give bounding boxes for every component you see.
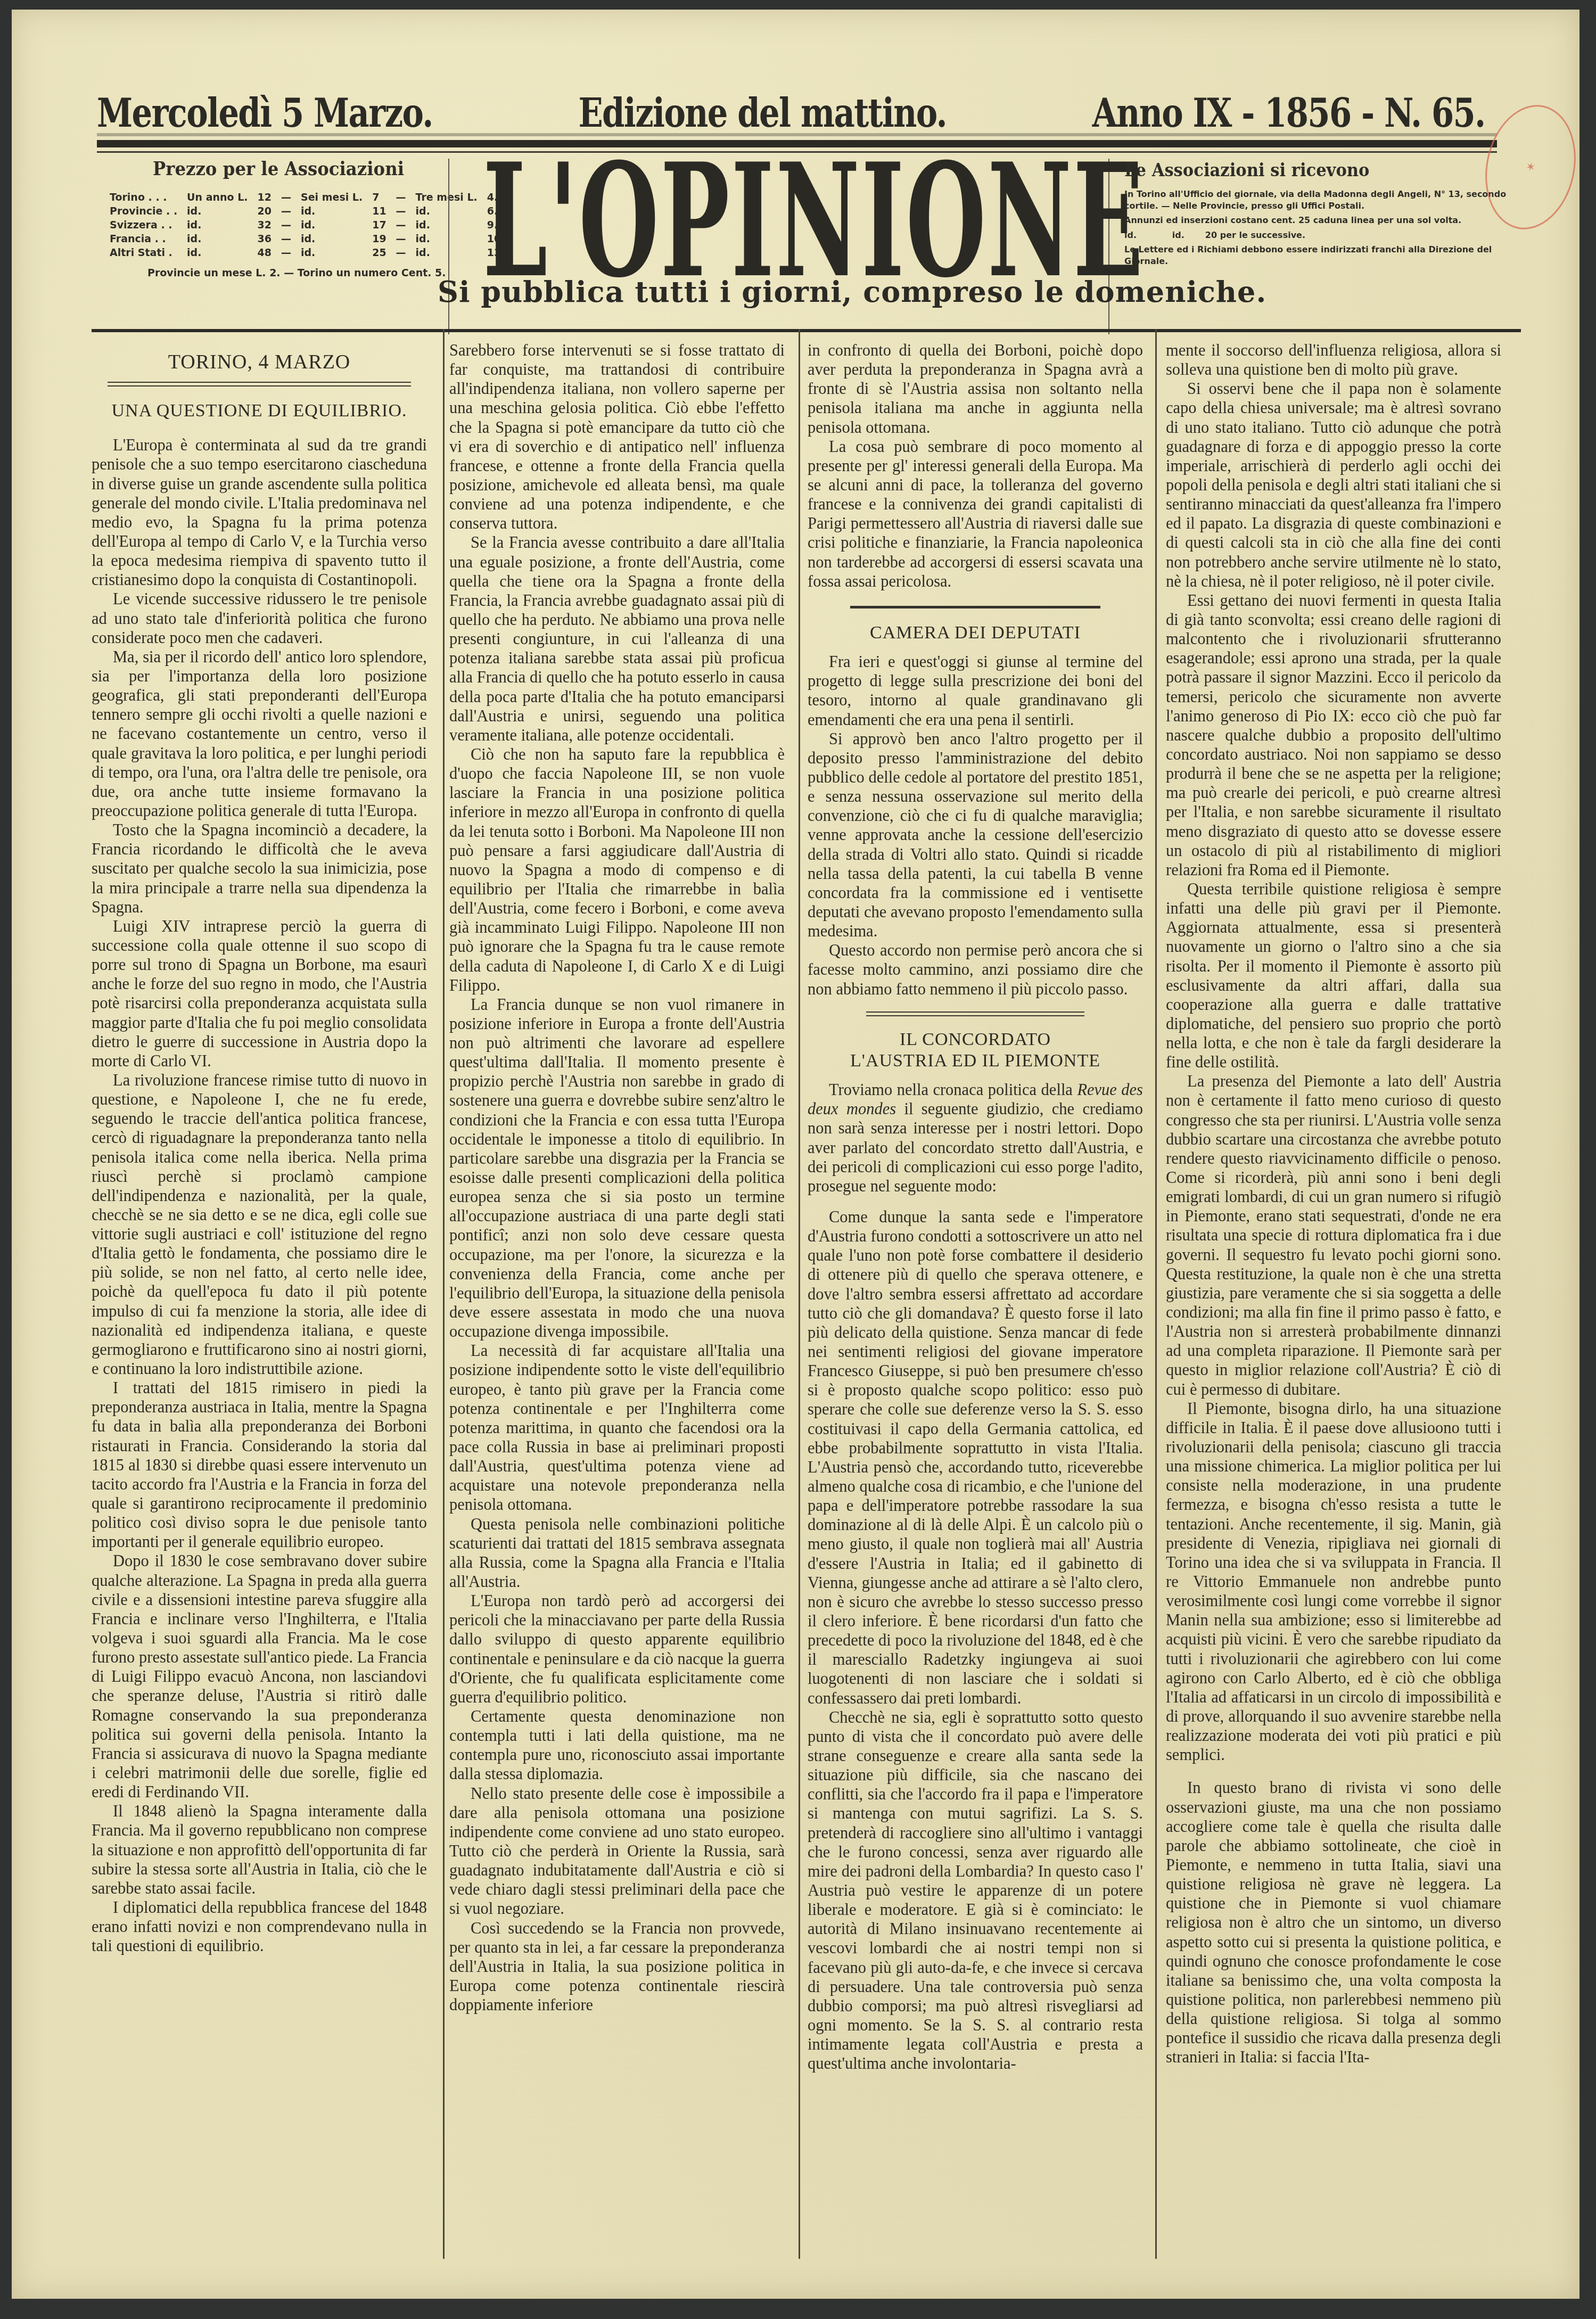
quoted-paragraph: Si osservi bene che il papa non è solame…: [1166, 379, 1501, 591]
paragraph: L'Europa è conterminata al sud da tre gr…: [92, 435, 427, 589]
quoted-paragraph: Essi gettano dei nuovi fermenti in quest…: [1166, 591, 1501, 879]
paragraph: Dopo il 1830 le cose sembravano dover su…: [92, 1551, 427, 1802]
subscription-prices: Prezzo per le Associazioni Torino . . . …: [105, 158, 451, 279]
article-headline: UNA QUESTIONE DI EQUILIBRIO.: [92, 400, 427, 422]
paragraph: Sarebbero forse intervenuti se si fosse …: [449, 341, 785, 533]
issue-number: Anno IX - 1856 - N. 65.: [1092, 91, 1485, 136]
newspaper-page: Mercoledì 5 Marzo. Edizione del mattino.…: [12, 10, 1579, 2299]
stamp-mark-icon: ✶: [1524, 160, 1536, 175]
paragraph: Luigi XIV intraprese perciò la guerra di…: [92, 917, 427, 1071]
quoted-paragraph: Il Piemonte, bisogna dirlo, ha una situa…: [1166, 1399, 1501, 1765]
paragraph: Questa penisola nelle combinazioni polit…: [449, 1515, 785, 1592]
paragraph: Il 1848 alienò la Spagna interamente dal…: [92, 1802, 427, 1898]
paragraph: Ma, sia per il ricordo dell' antico loro…: [92, 647, 427, 820]
newspaper-subtitle: Si pubblica tutti i giorni, compreso le …: [438, 275, 1266, 309]
paragraph: Tosto che la Spagna incominciò a decader…: [92, 820, 427, 917]
section-rule: [850, 606, 1100, 608]
prices-heading: Prezzo per le Associazioni: [153, 158, 421, 180]
subscription-heading: Le Associazioni si ricevono: [1124, 160, 1479, 181]
dateline-rule: [108, 382, 411, 386]
paragraph: Certamente questa denominazione non cont…: [449, 1707, 785, 1784]
issue-date: Mercoledì 5 Marzo.: [97, 91, 433, 136]
subscription-line: Annunzi ed inserzioni costano cent. 25 c…: [1124, 215, 1518, 226]
paragraph: La necessità di far acquistare all'Itali…: [449, 1341, 785, 1514]
article-columns: TORINO, 4 MARZO UNA QUESTIONE DI EQUILIB…: [92, 334, 1529, 2251]
paragraph: La Francia dunque se non vuol rimanere i…: [449, 995, 785, 1342]
column-1: TORINO, 4 MARZO UNA QUESTIONE DI EQUILIB…: [92, 334, 427, 1955]
paragraph: in confronto di quella dei Borboni, poic…: [808, 341, 1143, 437]
paragraph: La cosa può sembrare di poco momento al …: [808, 437, 1143, 591]
column-2: Sarebbero forse intervenuti se si fosse …: [449, 334, 785, 2014]
masthead-bottom-rule: [92, 329, 1521, 332]
paragraph: Così succedendo se la Francia non provve…: [449, 1919, 785, 2015]
quoted-paragraph: La presenza del Piemonte a lato dell' Au…: [1166, 1072, 1501, 1399]
dateline-bar: Mercoledì 5 Marzo. Edizione del mattino.…: [97, 78, 1485, 136]
column-4: mente il soccorso dell'influenza religio…: [1166, 334, 1501, 2067]
dateline: TORINO, 4 MARZO: [92, 350, 427, 374]
section-heading-concordato: IL CONCORDATO: [808, 1029, 1143, 1050]
price-note: Provincie un mese L. 2. — Torino un nume…: [147, 267, 451, 279]
column-3: in confronto di quella dei Borboni, poic…: [808, 334, 1143, 2073]
quoted-paragraph: Checchè ne sia, egli è soprattutto sotto…: [808, 1708, 1143, 2074]
paragraph: La rivoluzione francese rimise tutto di …: [92, 1071, 427, 1378]
paragraph: Nello stato presente delle cose è imposs…: [449, 1784, 785, 1919]
paragraph: Le vicende successive ridussero le tre p…: [92, 589, 427, 647]
quoted-paragraph: Come dunque la santa sede e l'imperatore…: [808, 1207, 1143, 1708]
paragraph-intro: Troviamo nella cronaca politica della Re…: [808, 1080, 1143, 1196]
subscription-info: Le Associazioni si ricevono In Torino al…: [1124, 160, 1518, 270]
section-rule: [866, 1012, 1084, 1016]
paragraph: Fra ieri e quest'oggi si giunse al termi…: [808, 652, 1143, 729]
quoted-paragraph: Questa terribile quistione religiosa è s…: [1166, 879, 1501, 1072]
paragraph: I trattati del 1815 rimisero in piedi la…: [92, 1378, 427, 1551]
subscription-line: id. id. 20 per le successive.: [1124, 229, 1518, 241]
paragraph: Questo accordo non permise però ancora c…: [808, 941, 1143, 998]
subscription-line: Le Lettere ed i Richiami debbono essere …: [1124, 244, 1518, 267]
section-subheading-concordato: L'AUSTRIA ED IL PIEMONTE: [808, 1050, 1143, 1072]
paragraph: L'Europa non tardò però ad accorgersi de…: [449, 1591, 785, 1707]
quoted-paragraph: mente il soccorso dell'influenza religio…: [1166, 341, 1501, 379]
paragraph: I diplomatici della repubblica francese …: [92, 1898, 427, 1955]
paragraph: Ciò che non ha saputo fare la repubblica…: [449, 745, 785, 995]
section-heading-camera: CAMERA DEI DEPUTATI: [808, 622, 1143, 644]
subscription-line: In Torino all'Ufficio del giornale, via …: [1124, 188, 1518, 211]
paragraph: Se la Francia avesse contribuito a dare …: [449, 533, 785, 745]
paragraph: Si approvò ben anco l'altro progetto per…: [808, 729, 1143, 941]
paragraph: In questo brano di rivista vi sono delle…: [1166, 1778, 1501, 2067]
